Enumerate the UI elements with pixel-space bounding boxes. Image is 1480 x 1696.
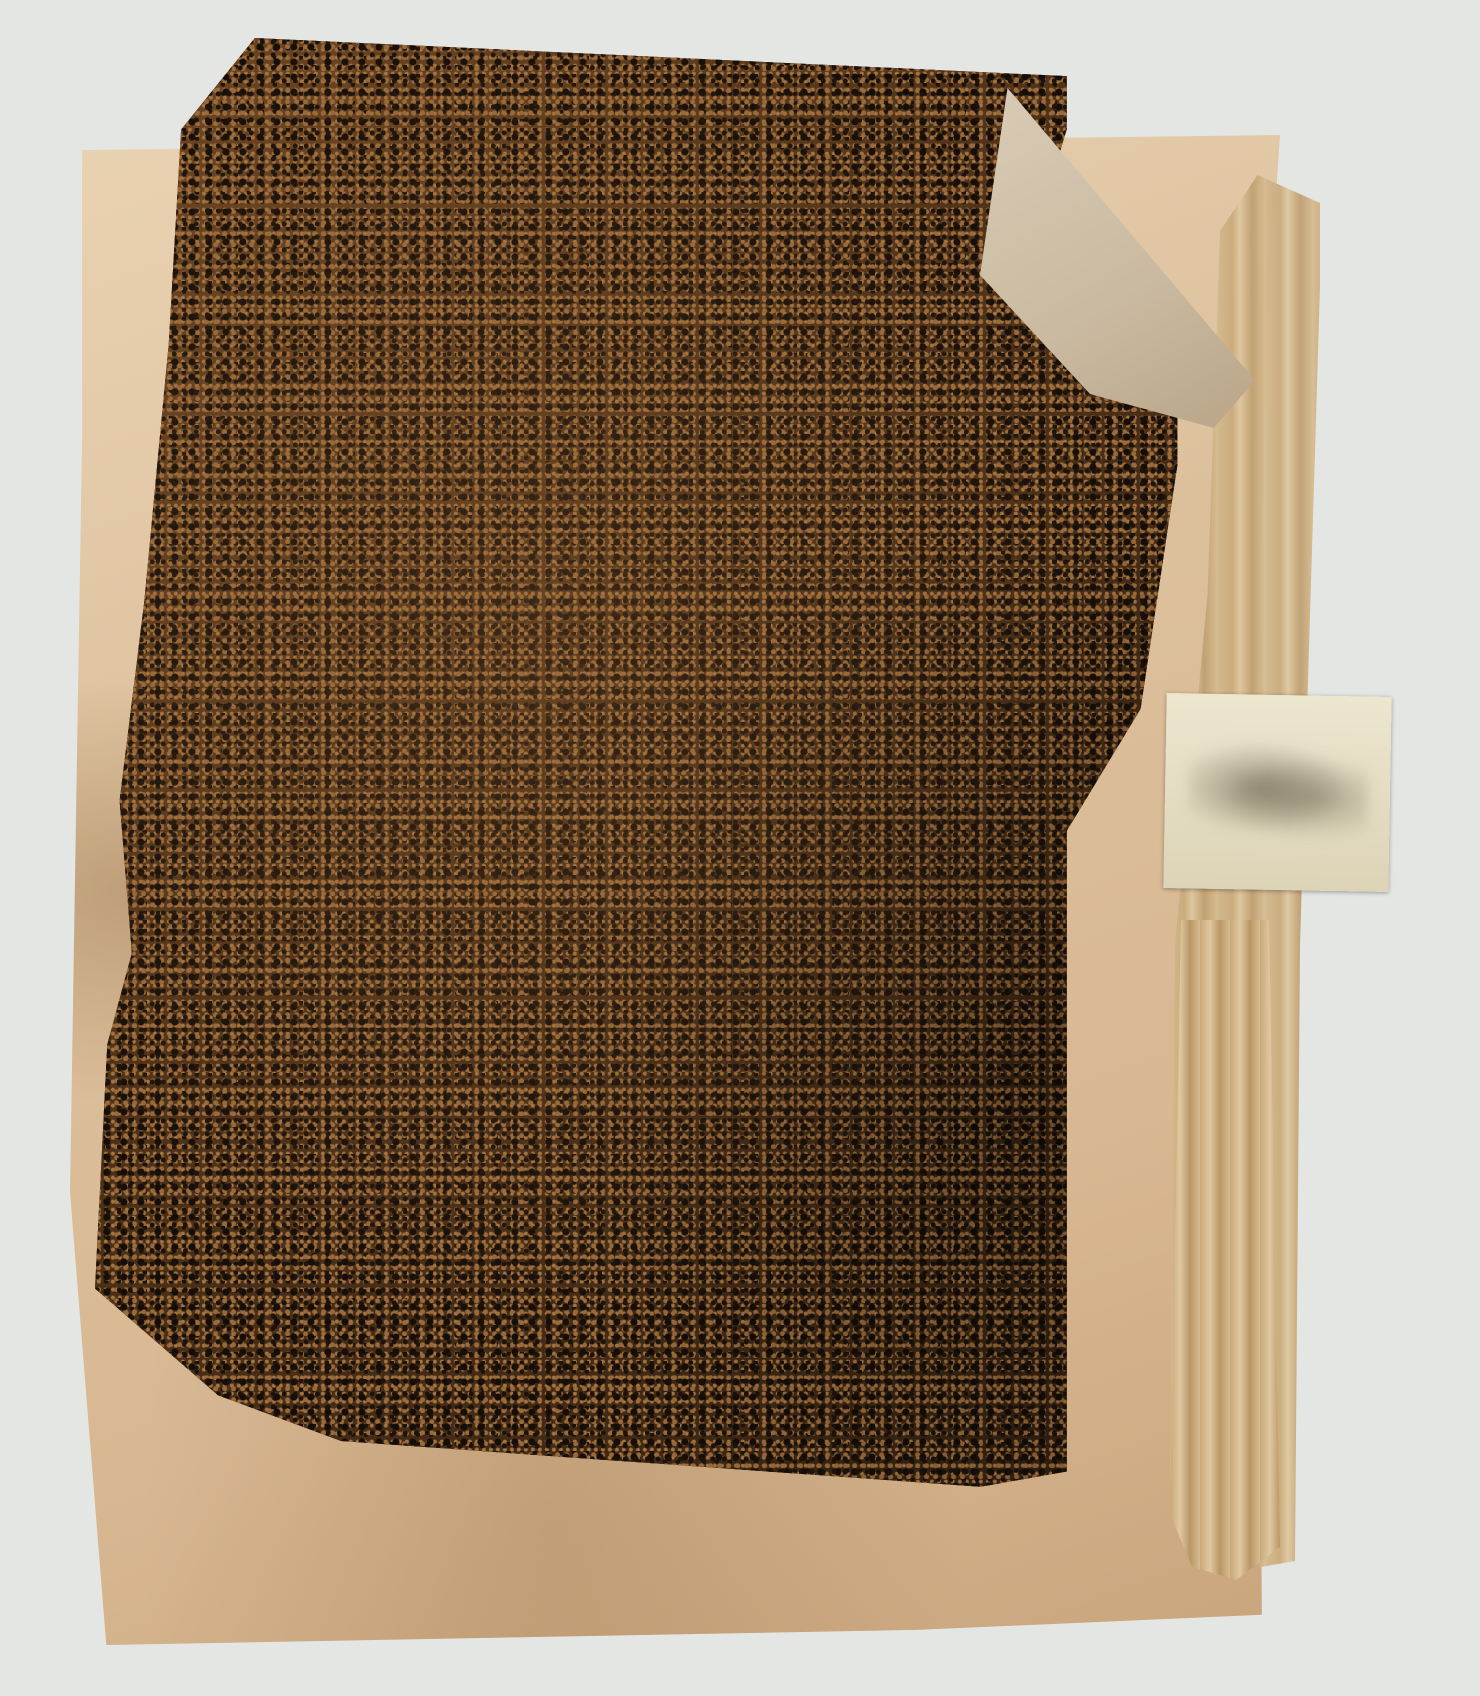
photo-scene: Old book with speckled brown marbled cov…: [0, 0, 1480, 1696]
spine-torn-strips: [1170, 920, 1280, 1580]
blurred-label-text: [1187, 741, 1369, 844]
spine-label: [1163, 693, 1391, 892]
